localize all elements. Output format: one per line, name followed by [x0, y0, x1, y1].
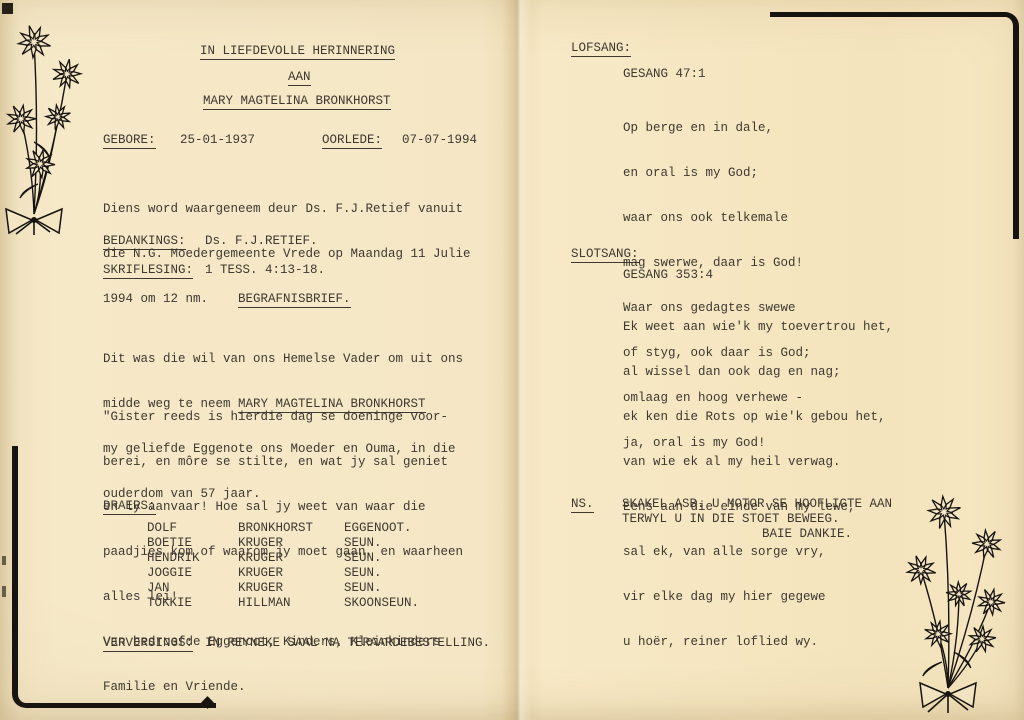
lofsang-label: LOFSANG: — [571, 41, 631, 56]
bearer-surname: KRUGER — [238, 551, 283, 566]
slotsang-verse: Ek weet aan wie'k my toevertrou het, al … — [623, 290, 893, 680]
bearer-first-name: JAN — [147, 581, 170, 596]
slotsang-hymn-ref: GESANG 353:4 — [623, 268, 713, 283]
bearer-relation: SEUN. — [344, 536, 382, 551]
bearer-relation: SEUN. — [344, 566, 382, 581]
memorial-title-line1: IN LIEFDEVOLLE HERINNERING — [200, 44, 395, 59]
born-date: 25-01-1937 — [180, 133, 255, 148]
bearer-first-name: DOLF — [147, 521, 177, 536]
center-fold-crease — [502, 0, 532, 720]
bearer-first-name: HENDRIK — [147, 551, 200, 566]
bearer-relation: SEUN. — [344, 581, 382, 596]
note-label: NS. — [571, 497, 594, 512]
flower-bouquet-top-left-icon — [4, 24, 108, 236]
slotsang-label: SLOTSANG: — [571, 247, 639, 262]
refreshments-value: IN REYNEKE SAAL NA TERAARDEBESTELLING. — [205, 636, 490, 651]
thanks-label: BEDANKINGS: — [103, 234, 186, 249]
funeral-program-scan: IN LIEFDEVOLLE HERINNERING AAN MARY MAGT… — [0, 0, 1024, 720]
refreshments-label: VERVERSINGS: — [103, 636, 193, 651]
scan-edge-mark — [2, 586, 6, 597]
bearer-first-name: BOETIE — [147, 536, 192, 551]
bearer-surname: BRONKHORST — [238, 521, 313, 536]
bearer-relation: SKOONSEUN. — [344, 596, 419, 611]
flower-bouquet-bottom-right-icon — [892, 482, 1020, 718]
bearer-relation: SEUN. — [344, 551, 382, 566]
scripture-label: SKRIFLESING: — [103, 263, 193, 278]
scripture-value: 1 TESS. 4:13-18. — [205, 263, 325, 278]
note-thanks: BAIE DANKIE. — [762, 527, 852, 542]
bearer-surname: KRUGER — [238, 581, 283, 596]
bearer-surname: HILLMAN — [238, 596, 291, 611]
obituary-heading: BEGRAFNISBRIEF. — [238, 292, 351, 307]
bearer-relation: EGGENOOT. — [344, 521, 412, 536]
bearer-first-name: TOKKIE — [147, 596, 192, 611]
bearer-surname: KRUGER — [238, 566, 283, 581]
bearers-label: DRAERS: — [103, 499, 156, 514]
deceased-name: MARY MAGTELINA BRONKHORST — [203, 94, 391, 109]
thanks-value: Ds. F.J.RETIEF. — [205, 234, 318, 249]
died-date: 07-07-1994 — [402, 133, 477, 148]
scan-edge-mark — [2, 556, 6, 565]
bearer-first-name: JOGGIE — [147, 566, 192, 581]
scan-edge-mark — [2, 3, 13, 14]
died-label: OORLEDE: — [322, 133, 382, 148]
bearer-surname: KRUGER — [238, 536, 283, 551]
born-label: GEBORE: — [103, 133, 156, 148]
memorial-title-line2: AAN — [288, 70, 311, 85]
note-line1: SKAKEL ASB. U MOTOR SE HOOFLIGTE AAN — [622, 497, 892, 512]
note-line2: TERWYL U IN DIE STOET BEWEEG. — [622, 512, 840, 527]
service-details: Diens word waargeneem deur Ds. F.J.Retie… — [103, 172, 471, 337]
lofsang-hymn-ref: GESANG 47:1 — [623, 67, 706, 82]
